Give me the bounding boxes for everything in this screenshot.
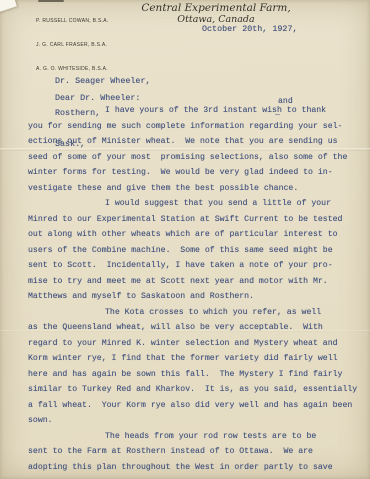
paragraph: The heads from your rod row tests are to… — [28, 429, 364, 476]
letter-line: vestigate these and give them the best p… — [28, 181, 364, 197]
letter-body: I have yours of the 3rd instant wish to … — [28, 103, 364, 475]
letter-line: Korm winter rye, I find that the former … — [28, 351, 364, 367]
letter-line: sown. — [28, 413, 364, 429]
letter-line: out along with other wheats which are of… — [28, 227, 364, 243]
letter-line: sent to Scott. Incidentally, I have take… — [28, 258, 364, 274]
letter-line: Matthews and myself to Saskatoon and Ros… — [28, 289, 364, 305]
letter-line: mise to try and meet me at Scott next ye… — [28, 274, 364, 290]
letterhead-org-block: Central Experimental Farm, Ottawa, Canad… — [110, 2, 322, 26]
organization-name: Central Experimental Farm, — [110, 2, 322, 14]
salutation: Dear Dr. Wheeler: — [55, 93, 140, 103]
letter-line: ections out of Minister wheat. We note t… — [28, 134, 364, 150]
letter-line: users of the Combine machine. Some of th… — [28, 243, 364, 259]
scanned-letter-page: P. RUSSELL COWAN, B.S.A. J. G. CARL FRAS… — [0, 0, 370, 479]
page-corner-artifact — [0, 0, 17, 13]
letter-line: I would suggest that you send a little o… — [28, 196, 364, 212]
paragraph: The Kota crosses to which you refer, as … — [28, 305, 364, 429]
paragraph: I would suggest that you send a little o… — [28, 196, 364, 305]
letter-line: similar to Turkey Red and Kharkov. It is… — [28, 382, 364, 398]
letter-line: The heads from your rod row tests are to… — [28, 429, 364, 445]
letter-line: winter forms for testing. We would be ve… — [28, 165, 364, 181]
letter-line: regard to your Minred K. winter selectio… — [28, 336, 364, 352]
letter-line: I have yours of the 3rd instant wish to … — [28, 103, 364, 119]
insertion-caret: _ — [275, 105, 280, 121]
letter-line: seed of some of your most promising sele… — [28, 150, 364, 166]
paragraph: I have yours of the 3rd instant wish to … — [28, 103, 364, 196]
letter-line: a fall wheat. Your Korm rye also did ver… — [28, 398, 364, 414]
letter-line: adopting this plan throughout the West i… — [28, 460, 364, 476]
recipient-name: Dr. Seager Wheeler, — [55, 76, 151, 87]
letter-line: as the Queensland wheat, will also be ve… — [28, 320, 364, 336]
letter-date: October 20th, 1927, — [202, 24, 298, 34]
letter-line: here and has again be sown this fall. Th… — [28, 367, 364, 383]
inserted-word: and — [278, 94, 293, 110]
letter-line: Minred to our Experimental Station at Sw… — [28, 212, 364, 228]
letter-line: you for sending me such complete informa… — [28, 119, 364, 135]
staff-name: J. G. CARL FRASER, B.S.A. — [36, 41, 109, 49]
letter-line: The Kota crosses to which you refer, as … — [28, 305, 364, 321]
letter-line: sent to the Farm at Rosthern instead of … — [28, 444, 364, 460]
staff-name: P. RUSSELL COWAN, B.S.A. — [36, 17, 109, 25]
